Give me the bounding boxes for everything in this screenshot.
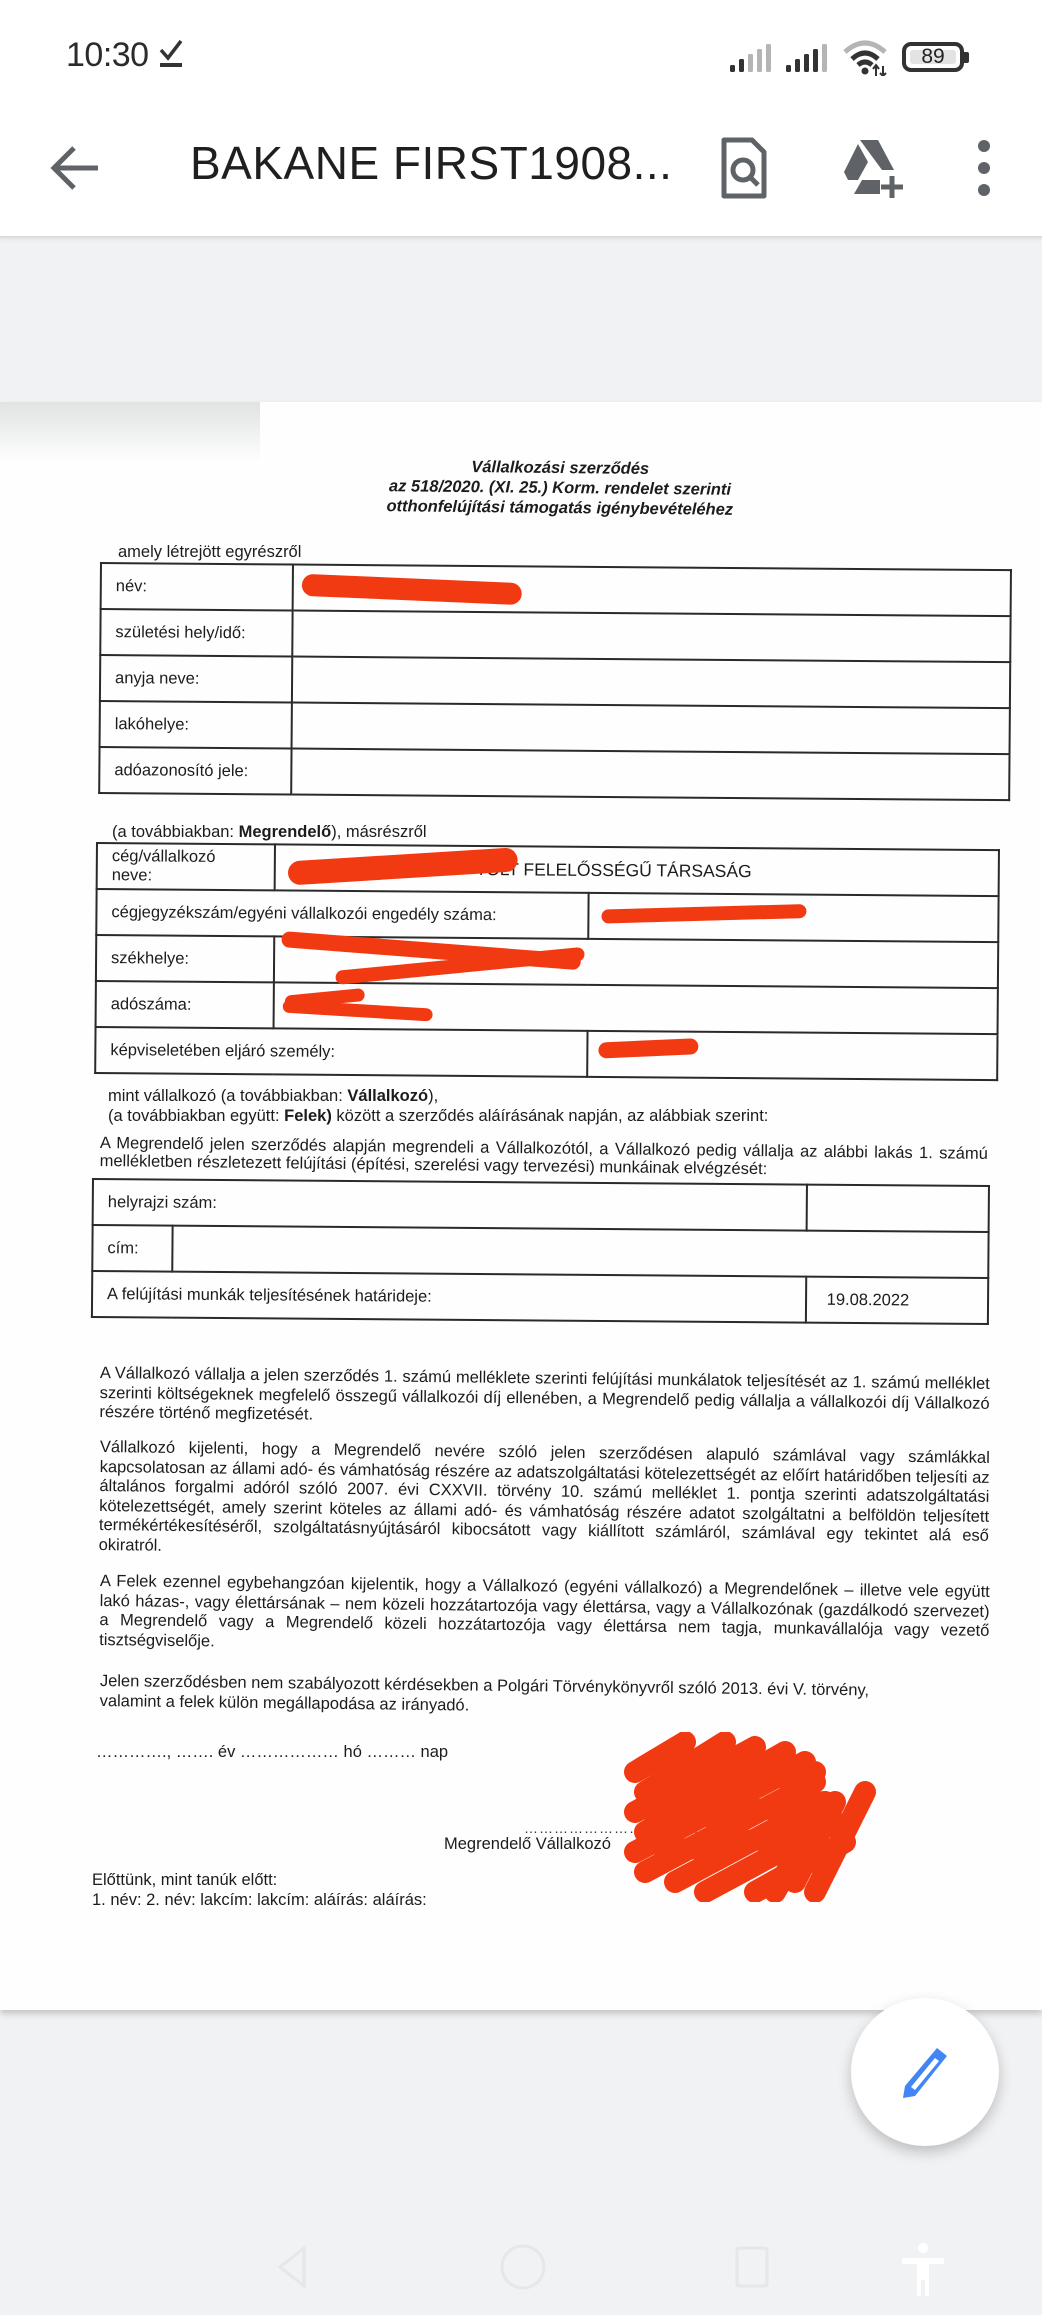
intro-line-1: amely létrejött egyrészről xyxy=(118,542,301,562)
contractor-value xyxy=(587,1031,997,1080)
table-row: székhelye: xyxy=(96,935,998,988)
system-nav-bar xyxy=(0,2230,1042,2315)
more-vert-icon[interactable] xyxy=(948,132,1020,204)
document-page[interactable]: Vállalkozási szerződés az 518/2020. (XI.… xyxy=(0,402,1042,2010)
client-label: lakóhelye: xyxy=(100,701,292,749)
contractor-value xyxy=(274,982,998,1034)
table-row: anyja neve: xyxy=(100,655,1010,708)
client-value xyxy=(293,565,1011,617)
witness-line-2: 1. név: 2. név: lakcím: lakcím: aláírás:… xyxy=(92,1890,427,1910)
intro-3-bold: Vállalkozó xyxy=(347,1087,428,1105)
nav-recents-icon[interactable] xyxy=(734,2242,770,2292)
paragraph-4: Jelen szerződésben nem szabályozott kérd… xyxy=(100,1672,920,1721)
status-bar: 10:30 89 xyxy=(0,0,1042,110)
intro-4-bold: Felek) xyxy=(284,1107,332,1125)
client-label: születési hely/idő: xyxy=(100,609,292,657)
accessibility-icon[interactable] xyxy=(898,2242,948,2298)
intro-4-prefix: (a továbbiakban együtt: xyxy=(108,1107,284,1125)
signature-labels: Megrendelő Vállalkozó xyxy=(444,1834,611,1854)
client-label: név: xyxy=(101,563,293,611)
table-row: képviseletében eljáró személy: xyxy=(95,1027,997,1080)
intro-4-suffix: között a szerződés aláírásának napján, a… xyxy=(332,1107,769,1125)
table-row: születési hely/idő: xyxy=(100,609,1010,662)
property-value xyxy=(806,1185,989,1232)
intro-3-prefix: mint vállalkozó (a továbbiakban: xyxy=(108,1087,347,1105)
table-row: név: xyxy=(101,563,1011,616)
intro-line-4: (a továbbiakban együtt: Felek) között a … xyxy=(108,1106,768,1126)
scan-shadow xyxy=(0,402,260,462)
contractor-label: adószáma: xyxy=(96,981,274,1028)
signal-sim1-icon xyxy=(730,44,778,72)
property-label: A felújítási munkák teljesítésének határ… xyxy=(92,1271,806,1323)
redaction-mark xyxy=(282,1000,433,1022)
app-bar: BAKANE FIRST1908... xyxy=(0,110,1042,238)
order-paragraph: A Megrendelő jelen szerződés alapján meg… xyxy=(100,1134,988,1181)
table-row: lakóhelye: xyxy=(100,701,1010,754)
client-table: név: születési hely/idő: anyja neve: lak… xyxy=(98,562,1012,801)
add-to-drive-icon[interactable] xyxy=(836,132,908,204)
edit-button[interactable] xyxy=(851,1998,999,2146)
redaction-mark xyxy=(601,904,806,924)
contractor-label: képviseletében eljáró személy: xyxy=(95,1027,587,1077)
contractor-label: cégjegyzékszám/egyéni vállalkozói engedé… xyxy=(96,889,588,939)
paragraph-2: Vállalkozó kijelenti, hogy a Megrendelő … xyxy=(99,1438,990,1566)
client-value xyxy=(292,657,1010,709)
contract-title: Vállalkozási szerződés az 518/2020. (XI.… xyxy=(300,455,821,520)
intro-line-3: mint vállalkozó (a továbbiakban: Vállalk… xyxy=(108,1086,438,1106)
nav-back-icon[interactable] xyxy=(272,2242,312,2292)
contractor-value xyxy=(588,893,998,942)
table-row: adószáma: xyxy=(96,981,998,1034)
contractor-value: TOLT FELELŐSSÉGŰ TÁRSASÁG xyxy=(275,844,999,896)
redaction-mark xyxy=(598,1038,699,1058)
date-line: …………., ……. év ……………… hó ……… nap xyxy=(96,1742,448,1762)
client-value xyxy=(291,749,1009,801)
table-row: cégjegyzékszám/egyéni vállalkozói engedé… xyxy=(96,889,998,942)
table-row: cím: xyxy=(92,1225,988,1278)
property-label: cím: xyxy=(92,1225,172,1272)
paragraph-1: A Vállalkozó vállalja a jelen szerződés … xyxy=(99,1364,990,1433)
intro-2-suffix: ), másrészről xyxy=(331,823,426,841)
battery-percent: 89 xyxy=(906,45,960,69)
table-row: cég/vállalkozó neve: TOLT FELELŐSSÉGŰ TÁ… xyxy=(97,843,999,896)
download-done-icon xyxy=(158,38,184,68)
witness-line-1: Előttünk, mint tanúk előtt: xyxy=(92,1870,277,1890)
contractor-value xyxy=(274,936,998,988)
table-row: helyrajzi szám: xyxy=(93,1179,989,1232)
find-in-document-icon[interactable] xyxy=(708,132,780,204)
property-label: helyrajzi szám: xyxy=(93,1179,807,1231)
wifi-icon xyxy=(843,40,891,76)
nav-home-icon[interactable] xyxy=(498,2242,548,2292)
table-row: A felújítási munkák teljesítésének határ… xyxy=(92,1271,988,1324)
clock: 10:30 xyxy=(66,36,149,75)
redaction-mark xyxy=(301,574,522,605)
property-value xyxy=(172,1226,988,1278)
table-row: adóazonosító jele: xyxy=(99,747,1009,800)
battery-tip xyxy=(964,52,969,63)
edit-pencil-icon xyxy=(895,2042,955,2102)
battery-icon: 89 xyxy=(902,42,964,72)
client-label: adóazonosító jele: xyxy=(99,747,291,795)
intro-3-suffix: ), xyxy=(428,1087,438,1105)
client-value xyxy=(292,703,1010,755)
redaction-mark xyxy=(287,847,518,885)
contractor-label: cég/vállalkozó neve: xyxy=(97,843,275,890)
contractor-label: székhelye: xyxy=(96,935,274,982)
intro-2-bold: Megrendelő xyxy=(239,823,332,841)
client-label: anyja neve: xyxy=(100,655,292,703)
signal-sim2-icon xyxy=(786,44,834,72)
title-line-3: otthonfelújítási támogatás igénybevételé… xyxy=(300,495,820,520)
document-title: BAKANE FIRST1908... xyxy=(190,136,672,190)
deadline-value: 19.08.2022 xyxy=(805,1277,988,1324)
client-value xyxy=(292,611,1010,663)
arrow-back-icon[interactable] xyxy=(44,136,108,200)
redaction-scribble xyxy=(615,1732,885,1902)
contractor-table: cég/vállalkozó neve: TOLT FELELŐSSÉGŰ TÁ… xyxy=(94,842,1000,1081)
property-table: helyrajzi szám: cím: A felújítási munkák… xyxy=(91,1178,990,1325)
paragraph-3: A Felek ezennel egybehangzóan kijelentik… xyxy=(99,1572,990,1661)
intro-line-2: (a továbbiakban: Megrendelő), másrészről xyxy=(112,822,427,842)
intro-2-prefix: (a továbbiakban: xyxy=(112,823,239,841)
